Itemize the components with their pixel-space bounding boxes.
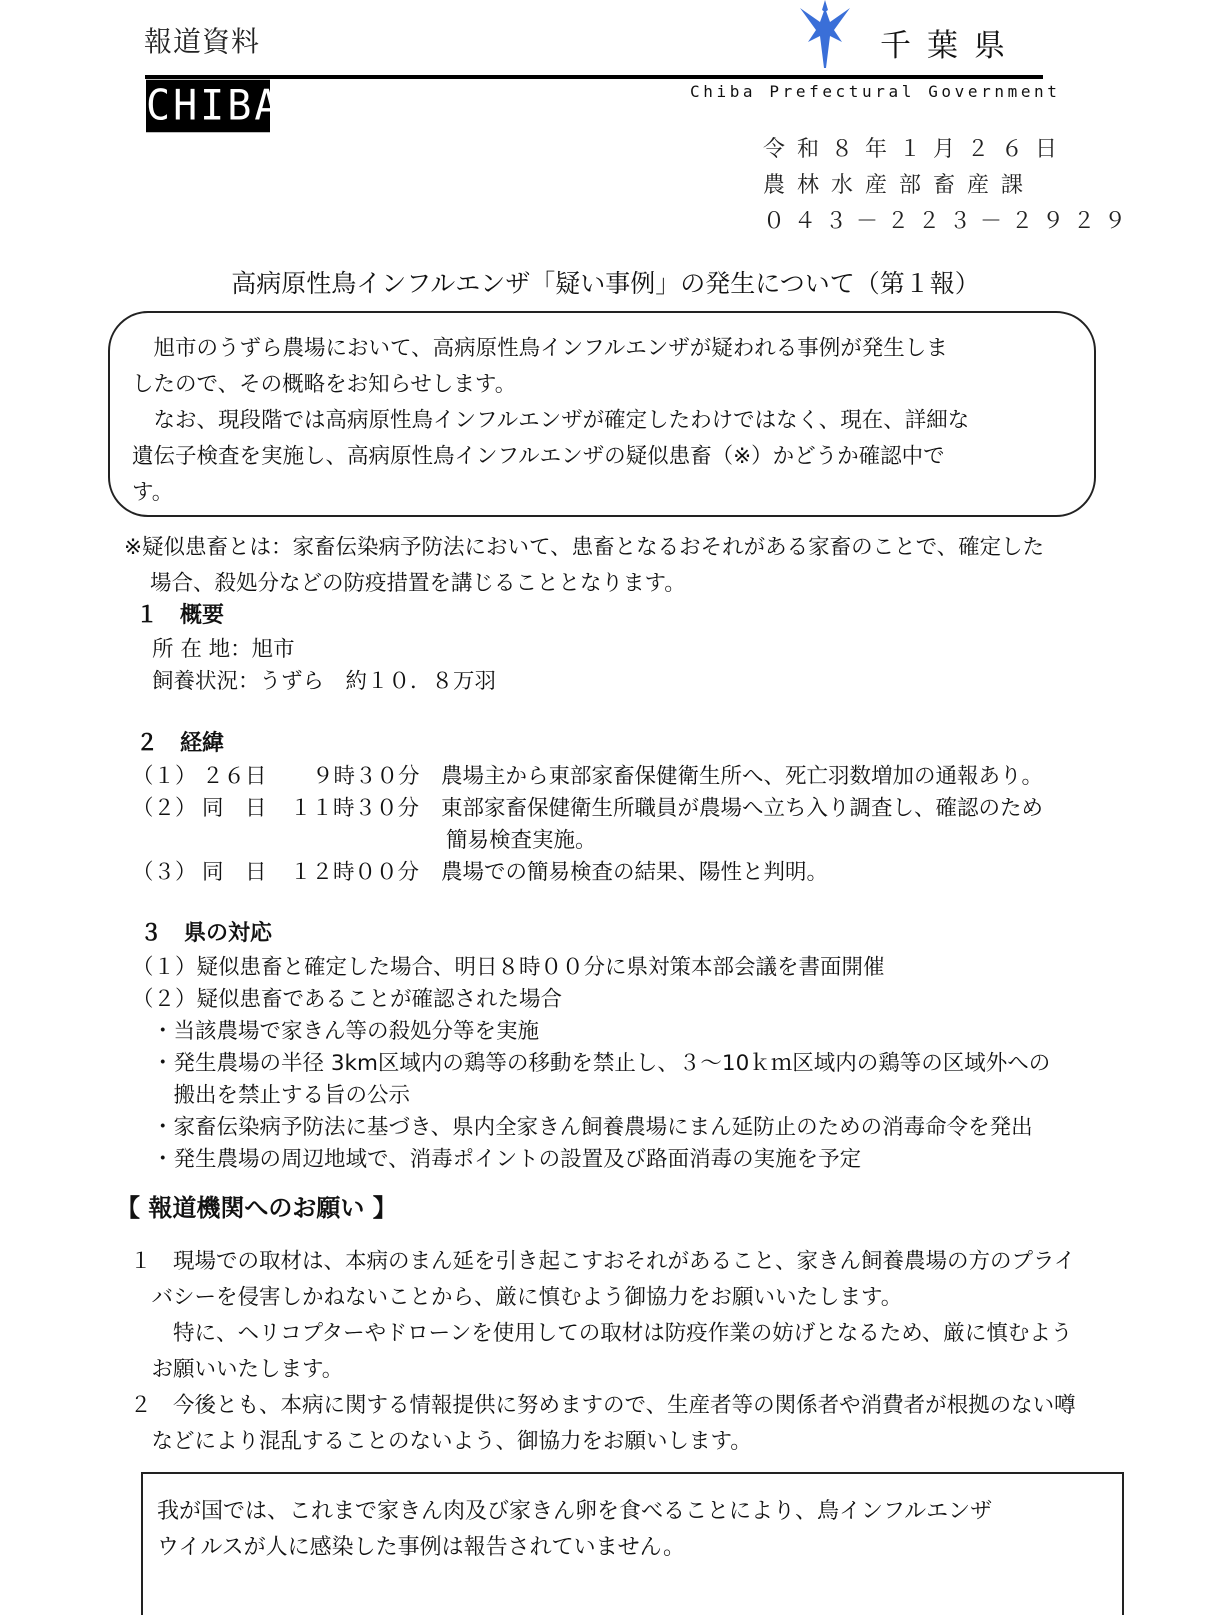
lead-line: したので、その概略をお知らせします。 [132,367,516,398]
prefecture-name: 千葉県 [880,20,1021,65]
government-english-name: Chiba Prefectural Government [690,82,1061,101]
timeline-day: 同 日 [202,855,267,886]
issue-date: 令和８年１月２６日 [763,132,1069,163]
overview-location: 所 在 地：旭市 [152,632,295,663]
footnote-line: 場合、殺処分などの防疫措置を講じることとなります。 [150,566,686,597]
response-item: （２）疑似患畜であることが確認された場合 [132,982,562,1013]
media-request-line: １ 現場での取材は、本病のまん延を引き起こすおそれがあること、家きん飼養農場の方… [130,1244,1075,1275]
footnote-line: ※疑似患畜とは：家畜伝染病予防法において、患畜となるおそれがある家畜のことで、確… [124,530,1044,561]
timeline-text: 東部家畜保健衛生所職員が農場へ立ち入り調査し、確認のため [441,791,1043,822]
media-request-line: バシーを侵害しかねないことから、厳に慎むよう御協力をお願いいたします。 [130,1280,902,1311]
notice-line: ウイルスが人に感染した事例は報告されていません。 [157,1530,685,1561]
page-title: 高病原性鳥インフルエンザ「疑い事例」の発生について（第１報） [0,264,1211,300]
lead-line: す。 [132,475,173,506]
media-request-line: お願いいたします。 [130,1352,343,1383]
timeline-text: 農場での簡易検査の結果、陽性と判明。 [441,855,828,886]
notice-line: 我が国では、これまで家きん肉及び家きん卵を食べることにより、鳥インフルエンザ [157,1494,992,1525]
timeline-day: 同 日 [202,791,267,822]
response-bullet: 搬出を禁止する旨の公示 [152,1078,410,1109]
timeline-no: （２） [132,791,197,822]
timeline-no: （３） [132,855,197,886]
response-bullet: ・当該農場で家きん等の殺処分等を実施 [152,1014,539,1045]
section-heading-overview: １ 概要 [136,598,224,629]
timeline-time: ９時３０分 [312,759,420,790]
timeline-time: １２時００分 [290,855,419,886]
timeline-text-cont: 簡易検査実施。 [446,823,597,854]
response-bullet: ・家畜伝染病予防法に基づき、県内全家きん飼養農場にまん延防止のための消毒命令を発… [152,1110,1033,1141]
lead-line: 旭市のうずら農場において、高病原性鳥インフルエンザが疑われる事例が発生しま [132,331,948,362]
timeline-text: 農場主から東部家畜保健衛生所へ、死亡羽数増加の通報あり。 [441,759,1043,790]
timeline-time: １１時３０分 [290,791,419,822]
response-item: （１）疑似患畜と確定した場合、明日８時００分に県対策本部会議を書面開催 [132,950,885,981]
media-request-line: ２ 今後とも、本病に関する情報提供に努めますので、生産者等の関係者や消費者が根拠… [130,1388,1076,1419]
media-request-line: などにより混乱することのないよう、御協力をお願いします。 [130,1424,752,1455]
overview-status: 飼養状況：うずら 約１０．８万羽 [152,664,496,695]
media-request-line: 特に、ヘリコプターやドローンを使用しての取材は防疫作業の妨げとなるため、厳に慎む… [130,1316,1072,1347]
lead-line: 遺伝子検査を実施し、高病原性鳥インフルエンザの疑似患畜（※）かどうか確認中で [132,439,945,470]
response-bullet: ・発生農場の周辺地域で、消毒ポイントの設置及び路面消毒の実施を予定 [152,1142,861,1173]
media-request-heading: 【 報道機関へのお願い 】 [116,1188,397,1223]
timeline-day: ２６日 [202,759,267,790]
section-heading-timeline: ２ 経緯 [136,726,224,757]
lead-line: なお、現段階では高病原性鳥インフルエンザが確定したわけではなく、現在、詳細な [132,403,969,434]
chiba-prefecture-emblem-icon [790,0,860,70]
timeline-no: （１） [132,759,197,790]
chiba-logo: CHIBA [146,80,270,133]
document-type-label: 報道資料 [144,20,260,60]
section-heading-response: ３ 県の対応 [140,916,272,947]
response-bullet: ・発生農場の半径 3km区域内の鶏等の移動を禁止し、３～10ｋｍ区域内の鶏等の区… [152,1046,1050,1077]
department-name: 農林水産部畜産課 [763,168,1035,199]
phone-number: ０４３－２２３－２９２９ [763,204,1135,235]
header-divider [145,75,1043,79]
